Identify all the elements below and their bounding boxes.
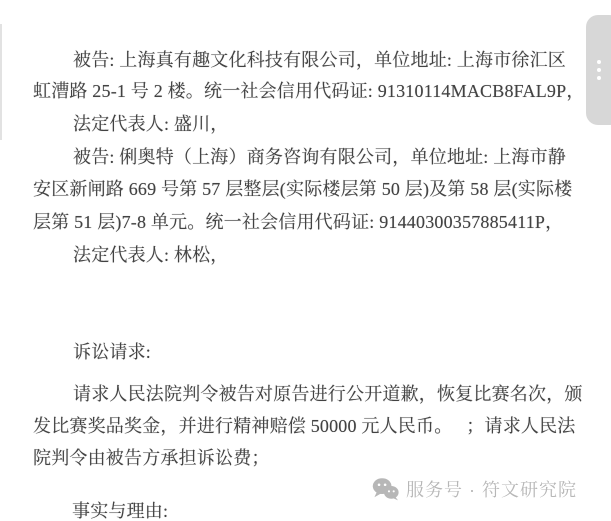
defendant1-line1: 被告: 上海真有趣文化科技有限公司，单位地址: 上海市徐汇区 <box>73 49 566 71</box>
defendant2-line1: 被告: 俐奥特（上海）商务咨询有限公司，单位地址: 上海市静 <box>73 146 566 168</box>
handle-dot <box>597 76 601 80</box>
defendant2-line2: 安区新闸路 669 号第 57 层整层(实际楼层第 50 层)及第 58 层(实… <box>33 178 572 200</box>
defendant1-line2: 虹漕路 25-1 号 2 楼。统一社会信用代码证: 91310114MACB8F… <box>33 80 585 102</box>
defendant2-line4: 法定代表人: 林松， <box>73 244 229 266</box>
defendant2-line3: 层第 51 层)7-8 单元。统一社会信用代码证: 91440300357885… <box>33 211 563 233</box>
defendant1-line3: 法定代表人: 盛川， <box>73 113 229 135</box>
facts-heading: 事实与理由: <box>72 500 168 521</box>
watermark-label: 服务号 · 符文研究院 <box>406 476 577 502</box>
wechat-logo-icon <box>372 477 399 501</box>
account-watermark: 服务号 · 符文研究院 <box>372 476 577 502</box>
claims-heading: 诉讼请求: <box>73 341 151 363</box>
document-viewer: 被告: 上海真有趣文化科技有限公司，单位地址: 上海市徐汇区 虹漕路 25-1 … <box>0 0 611 521</box>
claims-line2: 发比赛奖品奖金，并进行精神赔偿 50000 元人民币。 ；请求人民法 <box>33 415 576 437</box>
drag-handle[interactable] <box>586 15 611 125</box>
page-edge-line <box>0 24 2 140</box>
handle-dot <box>597 68 601 72</box>
claims-line3: 院判令由被告方承担诉讼费； <box>33 447 270 469</box>
more-dots-icon <box>597 60 601 80</box>
handle-dot <box>597 60 601 64</box>
claims-line1: 请求人民法院判令被告对原告进行公开道歉，恢复比赛名次，颁 <box>73 383 583 405</box>
